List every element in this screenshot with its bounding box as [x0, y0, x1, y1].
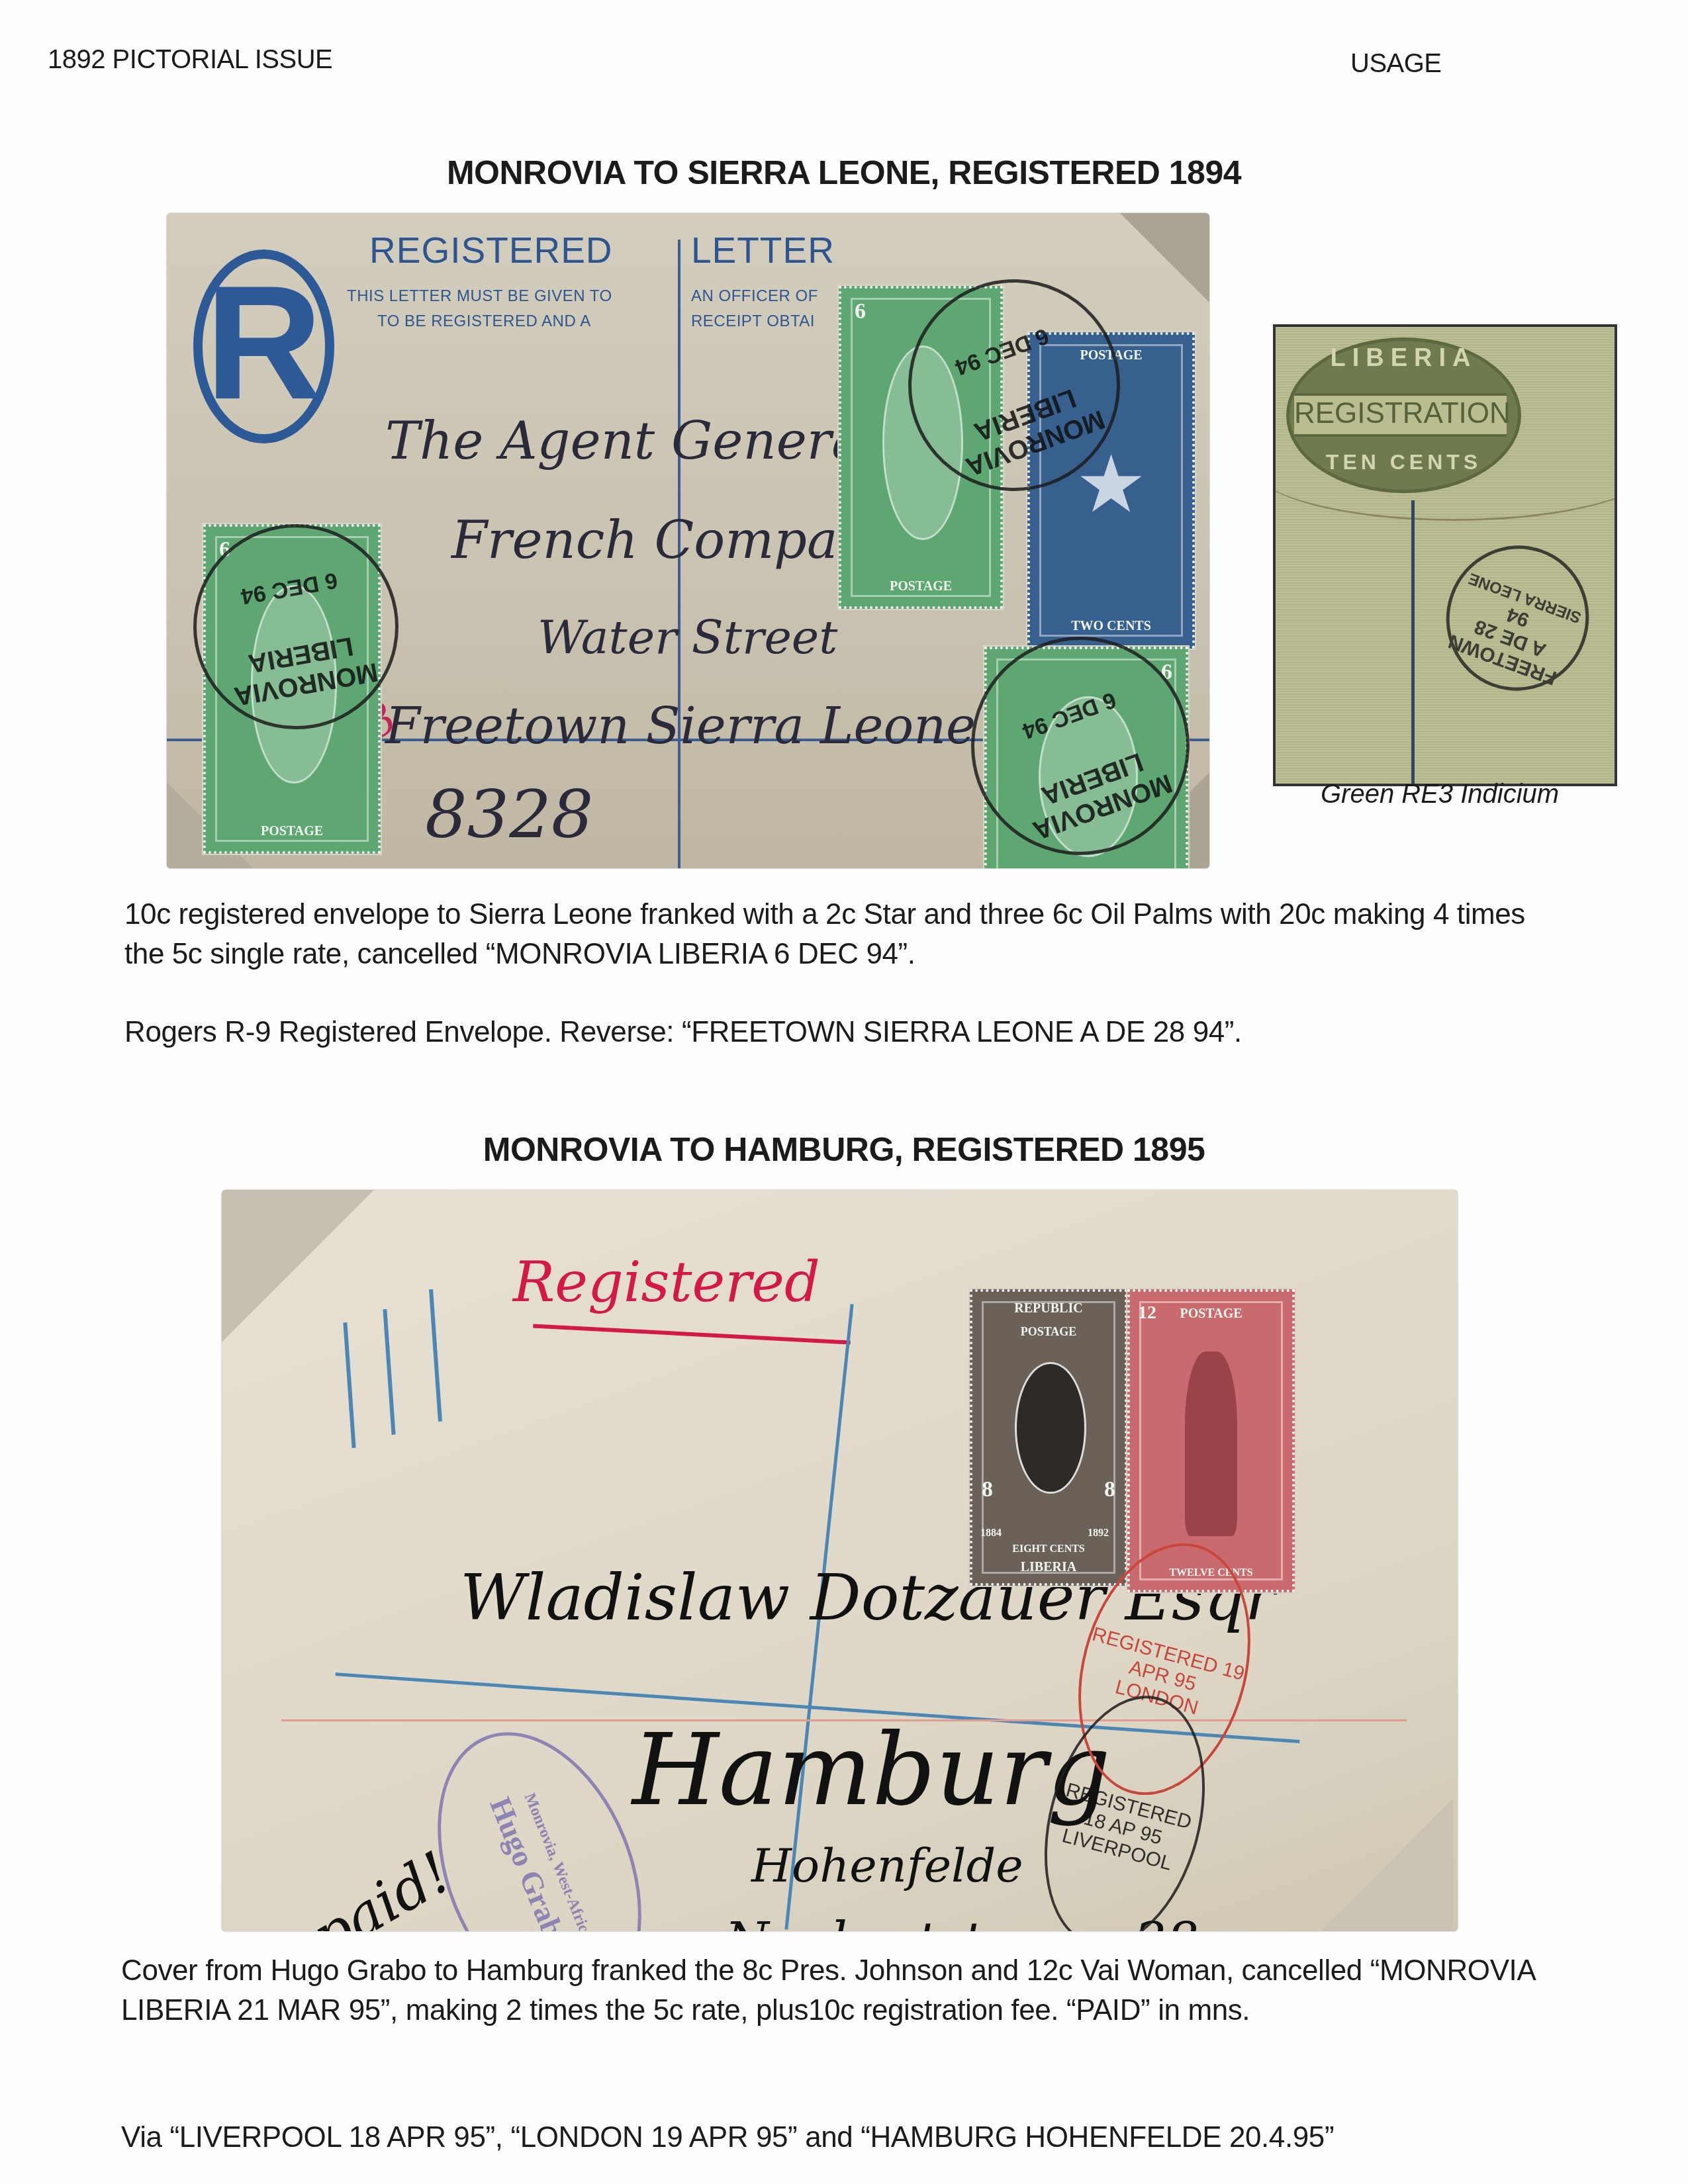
- address-line: French Company: [451, 511, 900, 570]
- indicium-top-text: LIBERIA: [1286, 344, 1521, 373]
- stamp-caption: POSTAGE: [841, 579, 1000, 594]
- hamburg-cover: Registered Wladislaw Dotzauer Esqr Hambu…: [222, 1190, 1458, 1931]
- stamp-value: 6: [855, 299, 866, 324]
- stamp-12c-vai-woman: POSTAGE 12 TWELVE CENTS: [1127, 1289, 1295, 1592]
- cancel-text: REGISTERED 18 AP 95 LIVERPOOL: [1044, 1777, 1202, 1880]
- instructions-right-2: RECEIPT OBTAI: [691, 312, 815, 331]
- address-line: Hamburg: [632, 1713, 1111, 1828]
- re3-indicium-detail: LIBERIA REGISTRATION TEN CENTS FREETOWN …: [1273, 324, 1617, 786]
- envelope-flap: [222, 1190, 374, 1342]
- stamp-caption: TWO CENTS: [1030, 619, 1192, 634]
- address-line: The Agent General: [385, 412, 879, 471]
- indicium-caption: Green RE3 Indicium: [1321, 780, 1559, 809]
- section1-description: 10c registered envelope to Sierra Leone …: [124, 895, 1541, 974]
- stamp-value: 8: [1104, 1477, 1115, 1502]
- paid-manuscript: paid!: [301, 1839, 463, 1931]
- vai-woman-figure-icon: [1185, 1351, 1237, 1536]
- stamp-caption: POSTAGE: [206, 824, 378, 839]
- sierra-leone-envelope: R REGISTERED LETTER THIS LETTER MUST BE …: [167, 213, 1209, 868]
- envelope-flap: [1321, 1799, 1453, 1931]
- page-header-left: 1892 PICTORIAL ISSUE: [48, 45, 332, 75]
- section2-title: MONROVIA TO HAMBURG, REGISTERED 1895: [0, 1130, 1688, 1169]
- cancel-date: 6 DEC 94: [189, 558, 389, 618]
- stamp-value: 12: [1138, 1302, 1156, 1324]
- instructions-left-1: THIS LETTER MUST BE GIVEN TO: [347, 287, 612, 306]
- blue-crayon-mark: [383, 1309, 395, 1435]
- stamp-8c-pres-johnson: REPUBLIC POSTAGE 8 8 1884 1892 EIGHT CEN…: [970, 1289, 1127, 1586]
- freetown-backstamp: FREETOWN A DE 28 94 SIERRA LEONE: [1426, 525, 1609, 711]
- indicium-middle-text: REGISTRATION: [1294, 396, 1507, 432]
- registered-r-mark: R: [193, 259, 334, 425]
- section2-route-note: Via “LIVERPOOL 18 APR 95”, “LONDON 19 AP…: [121, 2118, 1577, 2158]
- underline: [533, 1324, 851, 1344]
- stamp-caption: LIBERIA: [972, 1560, 1125, 1575]
- instructions-right-1: AN OFFICER OF: [691, 287, 818, 306]
- docket-number-manuscript: 8328: [425, 776, 594, 853]
- registered-manuscript: Registered: [513, 1250, 820, 1314]
- envelope-cross-line-vertical: [1411, 500, 1415, 784]
- address-line: Hohenfelde: [751, 1839, 1023, 1893]
- stamp-caption: EIGHT CENTS: [972, 1543, 1125, 1555]
- address-line: Freetown Sierra Leone: [385, 696, 976, 755]
- section2-description: Cover from Hugo Grabo to Hamburg franked…: [121, 1951, 1564, 2030]
- indicium-bottom-text: TEN CENTS: [1286, 450, 1521, 475]
- stamp-caption: POSTAGE: [972, 1325, 1125, 1339]
- stamp-year: 1892: [972, 1527, 1125, 1539]
- blue-crayon-mark: [429, 1289, 442, 1422]
- page-header-right: USAGE: [1350, 49, 1442, 79]
- stamp-caption: REPUBLIC: [972, 1301, 1125, 1316]
- section1-title: MONROVIA TO SIERRA LEONE, REGISTERED 189…: [0, 154, 1688, 192]
- address-line: Water Street: [538, 610, 837, 664]
- instructions-left-2: TO BE REGISTERED AND A: [377, 312, 591, 331]
- envelope-flap: [1120, 213, 1209, 312]
- section1-reverse-note: Rogers R-9 Registered Envelope. Reverse:…: [124, 1013, 1554, 1052]
- stamp-value: 8: [982, 1477, 993, 1502]
- registered-label: REGISTERED: [369, 229, 613, 271]
- letter-label: LETTER: [691, 229, 835, 271]
- portrait-icon: [1015, 1362, 1086, 1494]
